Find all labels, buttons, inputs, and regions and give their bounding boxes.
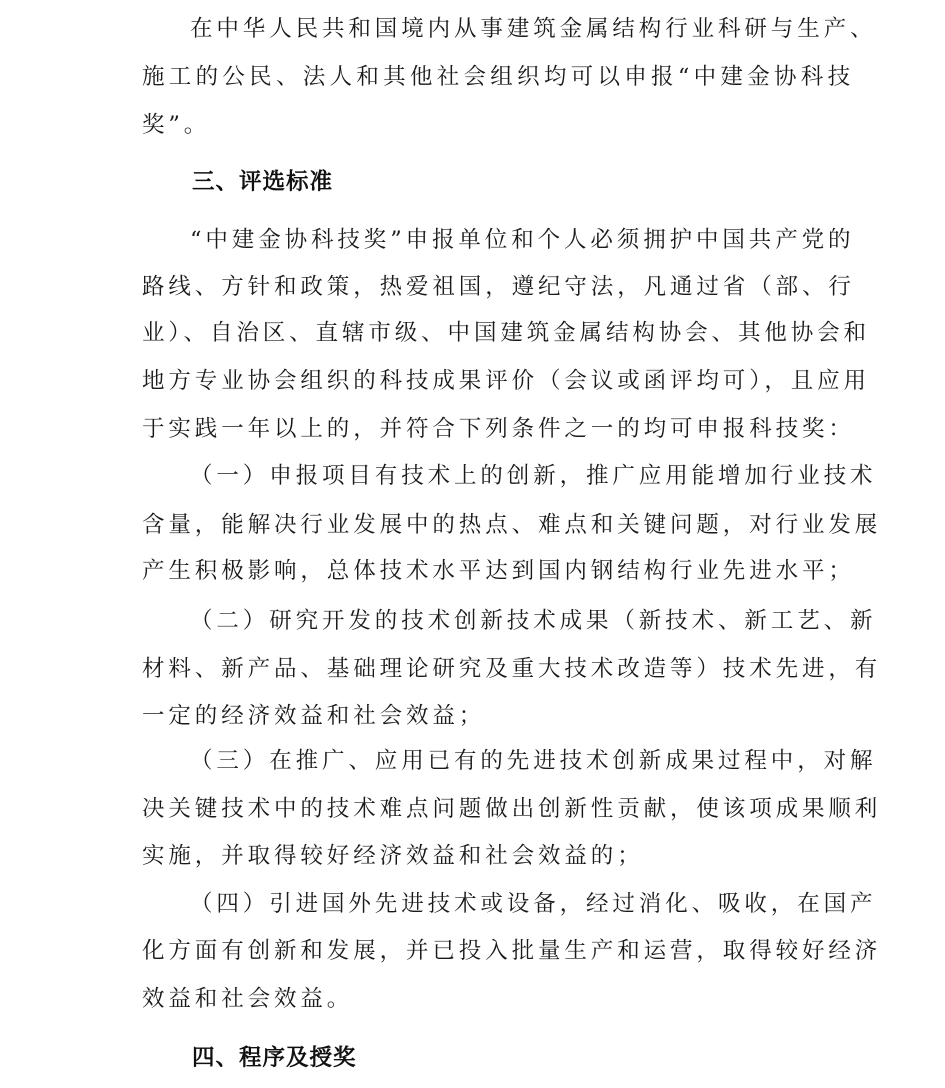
paragraph-line: 决关键技术中的技术难点问题做出创新性贡献，使该项成果顺利	[142, 794, 854, 824]
paragraph-line: 路线、方针和政策，热爱祖国，遵纪守法，凡通过省（部、行	[142, 272, 854, 302]
paragraph-line: 地方专业协会组织的科技成果评价（会议或函评均可），且应用	[142, 366, 854, 396]
paragraph-line: （四）引进国外先进技术或设备，经过消化、吸收，在国产	[190, 889, 854, 919]
paragraph-line: （三）在推广、应用已有的先进技术创新成果过程中，对解	[190, 746, 854, 776]
paragraph-line: （二）研究开发的技术创新技术成果（新技术、新工艺、新	[190, 606, 854, 636]
paragraph-line: 业）、自治区、直辖市级、中国建筑金属结构协会、其他协会和	[142, 318, 854, 348]
section-heading-evaluation-criteria: 三、评选标准	[192, 167, 333, 197]
document-page: 在中华人民共和国境内从事建筑金属结构行业科研与生产、 施工的公民、法人和其他社会…	[0, 0, 945, 1088]
section-heading-procedure-and-awards: 四、程序及授奖	[192, 1043, 357, 1073]
paragraph-line: “中建金协科技奖”申报单位和个人必须拥护中国共产党的	[190, 225, 854, 255]
paragraph-line: 于实践一年以上的，并符合下列条件之一的均可申报科技奖：	[142, 414, 854, 444]
paragraph-line: 含量，能解决行业发展中的热点、难点和关键问题，对行业发展	[142, 510, 854, 540]
paragraph-line: 实施，并取得较好经济效益和社会效益的；	[142, 841, 854, 871]
paragraph-line: 奖”。	[142, 110, 854, 140]
paragraph-line: 产生积极影响，总体技术水平达到国内钢结构行业先进水平；	[142, 556, 854, 586]
paragraph-line: 化方面有创新和发展，并已投入批量生产和运营，取得较好经济	[142, 936, 854, 966]
paragraph-line: 效益和社会效益。	[142, 984, 854, 1014]
paragraph-line: 一定的经济效益和社会效益；	[142, 701, 854, 731]
paragraph-line: 施工的公民、法人和其他社会组织均可以申报“中建金协科技	[142, 62, 854, 92]
paragraph-line: 材料、新产品、基础理论研究及重大技术改造等）技术先进，有	[142, 654, 854, 684]
paragraph-line: （一）申报项目有技术上的创新，推广应用能增加行业技术	[190, 461, 854, 491]
paragraph-line: 在中华人民共和国境内从事建筑金属结构行业科研与生产、	[190, 14, 854, 44]
